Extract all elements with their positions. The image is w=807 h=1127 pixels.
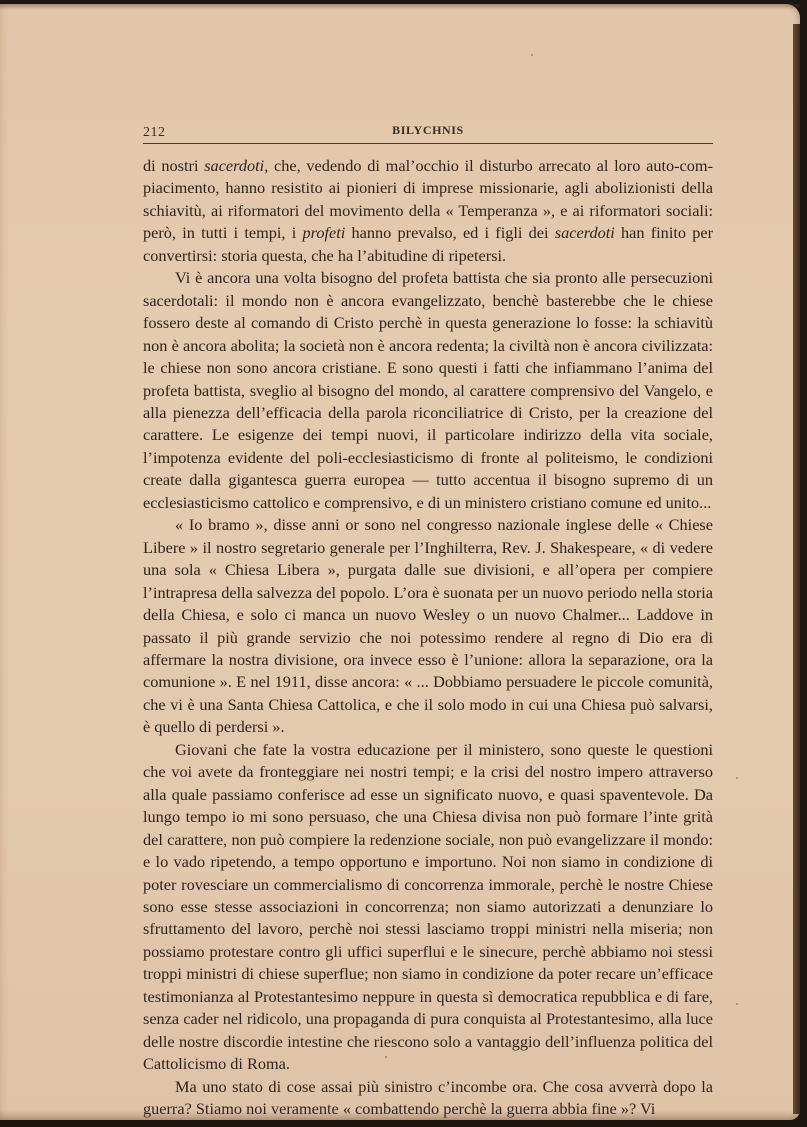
text-run: di nostri <box>143 156 204 175</box>
paragraph: Ma uno stato di cose assai più sinistro … <box>143 1076 713 1121</box>
paper-speck <box>736 1003 738 1005</box>
italic-term: sacerdoti <box>555 223 615 242</box>
paper-speck <box>385 1056 387 1058</box>
text-run: Ma uno stato di cose assai più sinistro … <box>143 1077 713 1118</box>
journal-title: BILYCHNIS <box>143 123 713 138</box>
article-body: di nostri sacerdoti, che, vedendo di mal… <box>143 155 713 1120</box>
italic-term: profeti <box>302 223 345 242</box>
header-rule <box>143 143 713 144</box>
paragraph: « Io bramo », disse anni or sono nel con… <box>143 514 713 739</box>
text-run: « Io bramo », disse anni or sono nel con… <box>143 515 713 736</box>
paragraph: Vi è ancora una volta bisogno del profet… <box>143 267 713 514</box>
text-run: hanno prevalso, ed i figli dei <box>345 223 555 242</box>
page-edge <box>793 24 800 1114</box>
text-run: Vi è ancora una volta bisogno del profet… <box>143 268 713 512</box>
italic-term: sacerdoti <box>204 156 264 175</box>
paragraph: Giovani che fate la vostra educazione pe… <box>143 739 713 1076</box>
paper-speck <box>531 54 533 56</box>
text-run: Giovani che fate la vostra educazione pe… <box>143 740 713 1073</box>
running-head: 212 BILYCHNIS <box>143 123 713 143</box>
document-page: 212 BILYCHNIS di nostri sacerdoti, che, … <box>0 4 800 1120</box>
paper-speck <box>736 777 738 779</box>
paragraph: di nostri sacerdoti, che, vedendo di mal… <box>143 155 713 267</box>
